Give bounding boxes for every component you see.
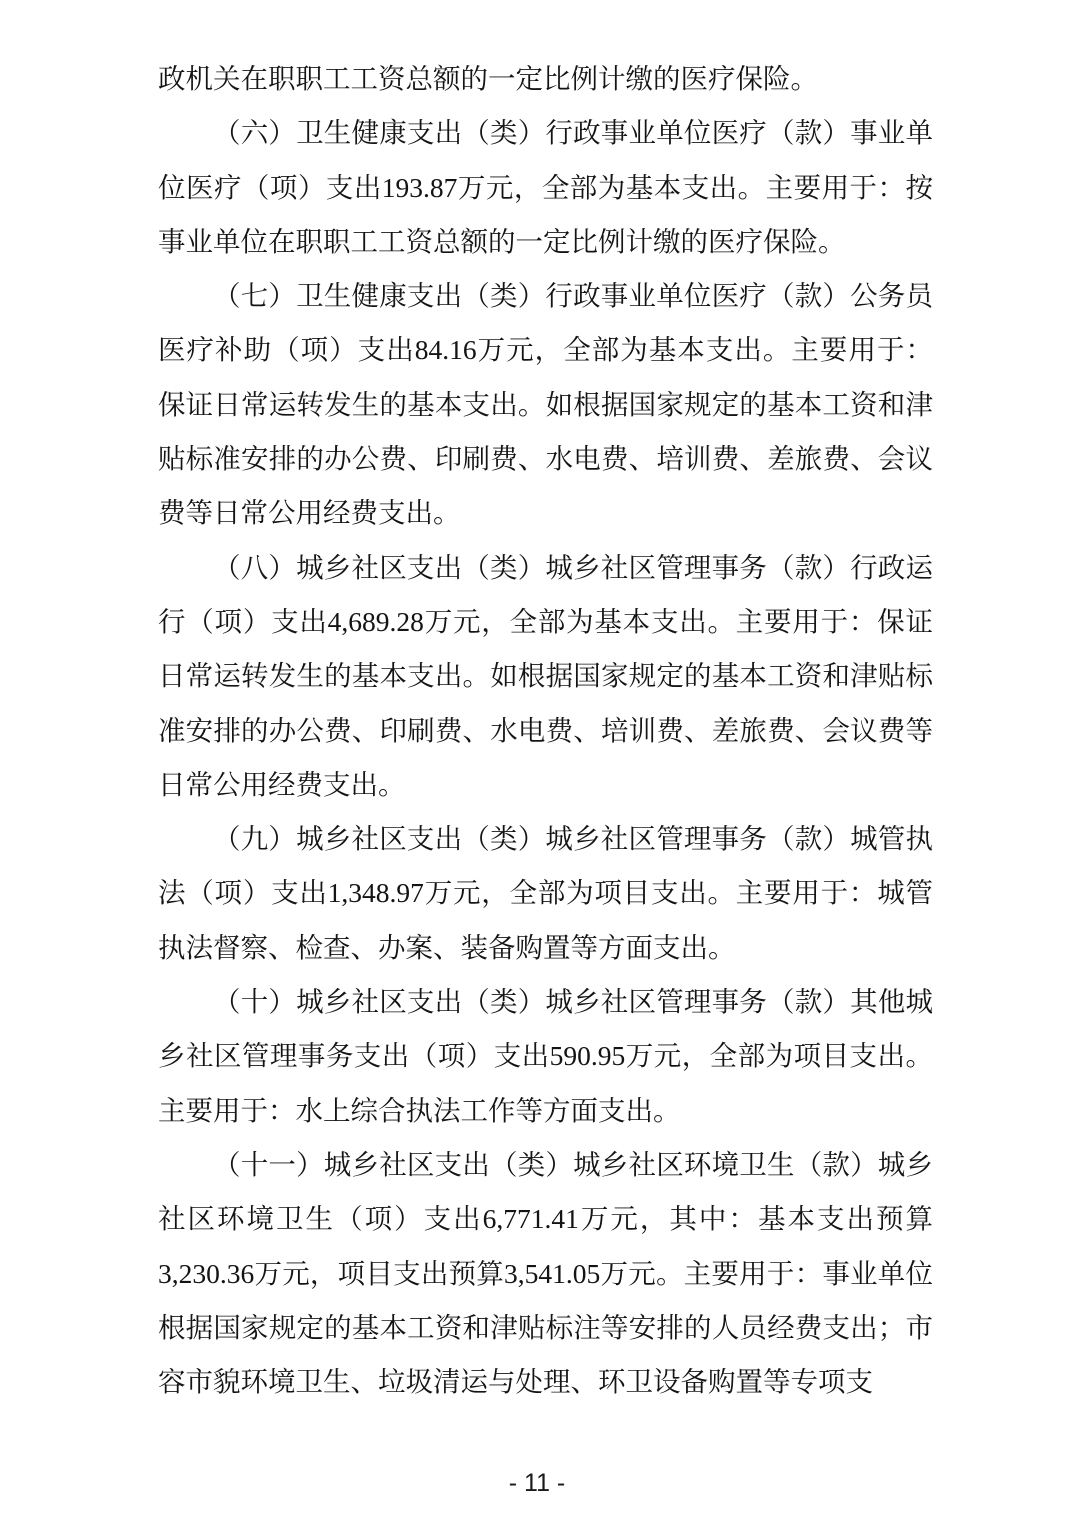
document-body: 政机关在职职工工资总额的一定比例计缴的医疗保险。（六）卫生健康支出（类）行政事业… [158, 52, 933, 1409]
page-number: - 11 - [0, 1468, 1074, 1498]
paragraph: （十一）城乡社区支出（类）城乡社区环境卫生（款）城乡社区环境卫生（项）支出6,7… [158, 1138, 933, 1409]
paragraph: （九）城乡社区支出（类）城乡社区管理事务（款）城管执法（项）支出1,348.97… [158, 812, 933, 975]
paragraph: （六）卫生健康支出（类）行政事业单位医疗（款）事业单位医疗（项）支出193.87… [158, 106, 933, 269]
paragraph: （十）城乡社区支出（类）城乡社区管理事务（款）其他城乡社区管理事务支出（项）支出… [158, 975, 933, 1138]
paragraph: （七）卫生健康支出（类）行政事业单位医疗（款）公务员医疗补助（项）支出84.16… [158, 269, 933, 540]
paragraph: （八）城乡社区支出（类）城乡社区管理事务（款）行政运行（项）支出4,689.28… [158, 541, 933, 812]
document-page: 政机关在职职工工资总额的一定比例计缴的医疗保险。（六）卫生健康支出（类）行政事业… [0, 0, 1074, 1520]
paragraph: 政机关在职职工工资总额的一定比例计缴的医疗保险。 [158, 52, 933, 106]
